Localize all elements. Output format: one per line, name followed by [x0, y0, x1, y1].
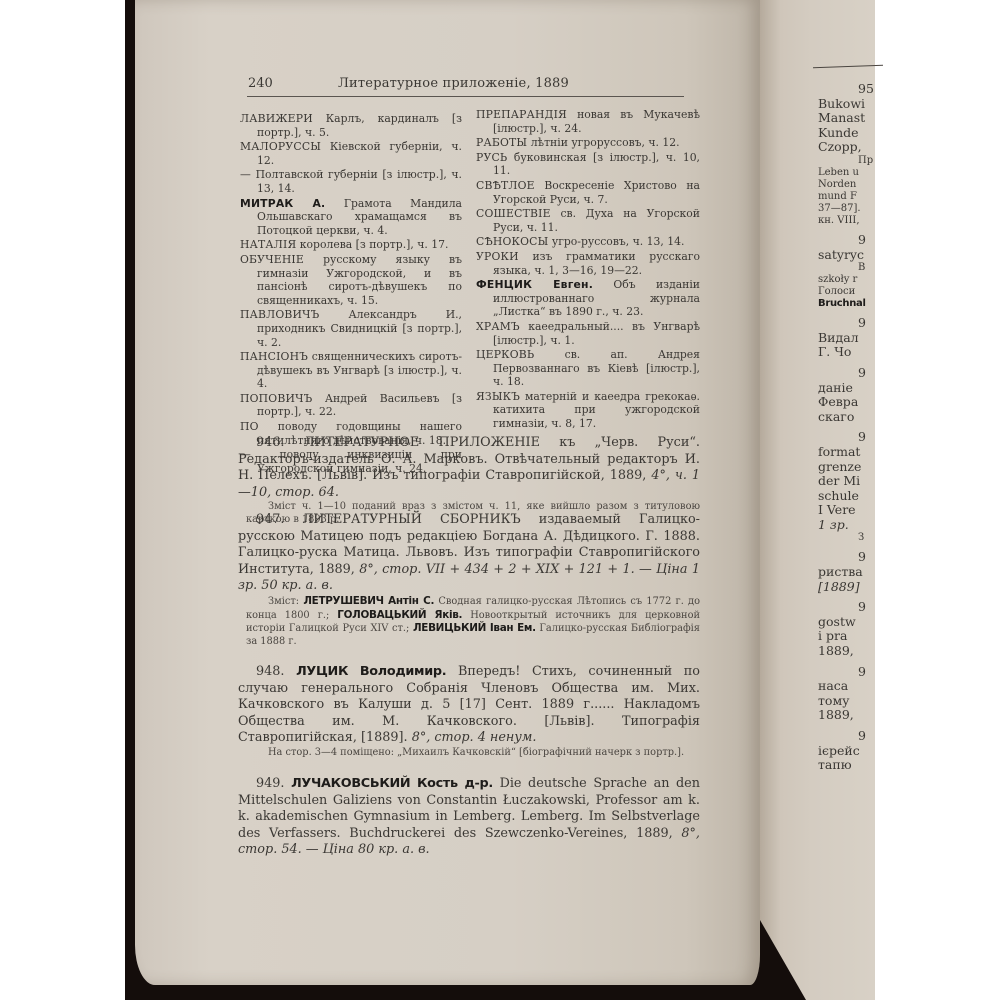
- fragment-line: Февра: [818, 395, 874, 410]
- fragment-line: 1 зр.: [818, 518, 874, 533]
- index-entry-heading: РУСЬ: [476, 151, 507, 164]
- entry-body: 946. ЛИТЕРАТУРНОЕ ПРИЛОЖЕНІЕ къ „Черв. Р…: [238, 435, 700, 501]
- header-rule: [247, 96, 684, 97]
- entry-collation: 8°, стор. 4 ненум.: [412, 730, 537, 745]
- index-entry: ХРАМЪ каеедральный.... въ Унгварѣ [ілюст…: [476, 320, 700, 347]
- fragment-line: 9: [818, 729, 874, 744]
- index-entry-heading: ПАВЛОВИЧЪ: [240, 308, 319, 321]
- index-entry: ЯЗЫКЪ матерній и каеедра грекокаѳ. катих…: [476, 390, 700, 431]
- fragment-line: Bruchnal: [818, 298, 874, 310]
- fragment-line: 9: [818, 233, 874, 248]
- fragment-line: B: [818, 262, 874, 274]
- index-entry: ЛАВИЖЕРИ Карлъ, кардиналъ [з портр.], ч.…: [240, 112, 462, 139]
- index-entry: СѢНОКОСЫ угро-руссовъ, ч. 13, 14.: [476, 235, 700, 249]
- index-entry-text: угро-руссовъ, ч. 13, 14.: [548, 235, 684, 248]
- note-text: Зміст:: [268, 596, 303, 607]
- fragment-line: Видал: [818, 331, 874, 346]
- entry-body: 948. ЛУЦИК Володимир. Впередъ! Стихъ, со…: [238, 664, 700, 747]
- index-entry-heading: ПАНСІОНЪ: [240, 350, 308, 363]
- index-entry: ПАВЛОВИЧЪ Александръ И., приходникъ Свид…: [240, 308, 462, 349]
- fragment-line: grenze: [818, 460, 874, 475]
- index-entry: СВѢТЛОЕ Воскресеніе Христово на Угорской…: [476, 179, 700, 206]
- fragment-line: скаго: [818, 410, 874, 425]
- index-entry-heading: ПО: [240, 420, 259, 433]
- index-entry-heading: ОБУЧЕНІЕ: [240, 253, 304, 266]
- index-entry-heading: —: [240, 168, 251, 181]
- fragment-line: 1889,: [818, 644, 874, 659]
- fragment-line: ієрейс: [818, 744, 874, 759]
- fragment-line: З: [818, 532, 874, 544]
- index-entry-heading: РАБОТЫ: [476, 136, 527, 149]
- index-entry-text: матерній и каеедра грекокаѳ. катихита пр…: [493, 390, 700, 430]
- entry-949: 949. ЛУЧАКОВСЬКИЙ Кость д-р. Die deutsch…: [238, 776, 700, 859]
- fragment-line: Kunde: [818, 126, 874, 141]
- entry-text: ЛИТЕРАТУРНОЕ ПРИЛОЖЕНІЕ къ „Черв. Руси“.…: [238, 435, 700, 483]
- index-entry-text: каеедральный.... въ Унгварѣ [ілюстр.], ч…: [493, 320, 700, 347]
- running-title: Литературное приложеніе, 1889: [338, 76, 569, 91]
- fragment-line: кн. VIII,: [818, 215, 874, 227]
- fragment-line: der Mi: [818, 474, 874, 489]
- fragment-line: Bukowi: [818, 97, 874, 112]
- entry-body: 949. ЛУЧАКОВСЬКИЙ Кость д-р. Die deutsch…: [238, 776, 700, 859]
- fragment-line: Leben u: [818, 167, 874, 179]
- fragment-line: Czopp,: [818, 140, 874, 155]
- fragment-line: 9: [818, 366, 874, 381]
- fragment-line: 9: [818, 600, 874, 615]
- index-entry-heading: ХРАМЪ: [476, 320, 520, 333]
- fragment-line: 9: [818, 430, 874, 445]
- fragment-line: schule: [818, 489, 874, 504]
- index-entry-heading: МАЛОРУССЫ: [240, 140, 321, 153]
- index-entry-heading: УРОКИ: [476, 250, 519, 263]
- entry-number: 946.: [238, 435, 304, 450]
- fragment-line: 9: [818, 665, 874, 680]
- index-entry: ПАНСІОНЪ священническихъ сиротъ-дѣвушекъ…: [240, 350, 462, 391]
- index-entry-heading: ЯЗЫКЪ: [476, 390, 520, 403]
- index-entry: МАЛОРУССЫ Кіевской губерніи, ч. 12.: [240, 140, 462, 167]
- note-author: ЛЕТРУШЕВИЧ Антін С.: [303, 595, 434, 607]
- index-entry: СОШЕСТВІЕ св. Духа на Угорской Руси, ч. …: [476, 207, 700, 234]
- index-entry: — Полтавской губерніи [з ілюстр.], ч. 13…: [240, 168, 462, 195]
- fragment-line: тому: [818, 694, 874, 709]
- entry-947: 947. ЛИТЕРАТУРНЫЙ СБОРНИКЪ издаваемый Га…: [238, 512, 700, 648]
- fragment-line: Manast: [818, 111, 874, 126]
- fragment-line: Голоси: [818, 286, 874, 298]
- fragment-line: i pra: [818, 629, 874, 644]
- index-entry-heading: ЦЕРКОВЬ: [476, 348, 534, 361]
- note-author: ГОЛОВАЦЬКИЙ Яків.: [337, 609, 462, 621]
- fragment-line: [1889]: [818, 580, 874, 595]
- index-entry: РУСЬ буковинская [з ілюстр.], ч. 10, 11.: [476, 151, 700, 178]
- index-entry: РАБОТЫ лѣтніи угроруссовъ, ч. 12.: [476, 136, 700, 150]
- right-page-text-fragment: 95BukowiManastKundeCzopp,ПрLeben uNorden…: [818, 76, 874, 773]
- entry-948: 948. ЛУЦИК Володимир. Впередъ! Стихъ, со…: [238, 664, 700, 760]
- entry-number: 948.: [238, 664, 296, 679]
- fragment-line: satyryc: [818, 248, 874, 263]
- index-entry-text: изъ грамматики русскаго языка, ч. 1, 3—1…: [493, 250, 700, 277]
- fragment-line: тапю: [818, 758, 874, 773]
- fragment-line: format: [818, 445, 874, 460]
- fragment-line: Norden: [818, 179, 874, 191]
- index-entry: ОБУЧЕНІЕ русскому языку въ гимназіи Ужго…: [240, 253, 462, 307]
- fragment-line: Пр: [818, 155, 874, 167]
- entry-number: 947.: [238, 512, 303, 527]
- index-entry-heading: МИТРАК А.: [240, 197, 325, 210]
- index-entry-text: королева [з портр.], ч. 17.: [296, 238, 448, 251]
- fragment-line: 1889,: [818, 708, 874, 723]
- index-entry: ПРЕПАРАНДІЯ новая въ Мукачевѣ [ілюстр.],…: [476, 108, 700, 135]
- index-entry-heading: СѢНОКОСЫ: [476, 235, 548, 248]
- index-entry-heading: ЛАВИЖЕРИ: [240, 112, 313, 125]
- index-entry-heading: СОШЕСТВІЕ: [476, 207, 551, 220]
- index-entry: ПОПОВИЧЪ Андрей Васильевъ [з портр.], ч.…: [240, 392, 462, 419]
- fragment-line: 9: [818, 316, 874, 331]
- entry-body: 947. ЛИТЕРАТУРНЫЙ СБОРНИКЪ издаваемый Га…: [238, 512, 700, 595]
- note-author: ЛЕВИЦЬКИЙ Іван Ем.: [413, 622, 536, 634]
- entry-author: ЛУЦИК Володимир.: [296, 664, 458, 679]
- fragment-line: szkoły r: [818, 274, 874, 286]
- index-left-column: ЛАВИЖЕРИ Карлъ, кардиналъ [з портр.], ч.…: [240, 112, 462, 476]
- fragment-line: даніе: [818, 381, 874, 396]
- index-entry-heading: СВѢТЛОЕ: [476, 179, 535, 192]
- entry-note: На стор. 3—4 поміщено: „Михаилъ Качковск…: [238, 747, 700, 760]
- fragment-line: 9: [818, 550, 874, 565]
- index-entry: ФЕНЦИК Евген. Объ изданіи иллюстрованнаг…: [476, 278, 700, 319]
- fragment-line: I Vere: [818, 503, 874, 518]
- entry-number: 949.: [238, 776, 291, 791]
- fragment-line: gostw: [818, 615, 874, 630]
- index-right-column: ПРЕПАРАНДІЯ новая въ Мукачевѣ [ілюстр.],…: [476, 108, 700, 432]
- index-entry: ЦЕРКОВЬ св. ап. Андрея Первозваннаго въ …: [476, 348, 700, 389]
- fragment-line: 95: [818, 82, 874, 97]
- page-number: 240: [248, 76, 273, 91]
- index-entry-heading: ПРЕПАРАНДІЯ: [476, 108, 567, 121]
- entry-note: Зміст: ЛЕТРУШЕВИЧ Антін С. Сводная галиц…: [238, 595, 700, 648]
- index-entry-text: Полтавской губерніи [з ілюстр.], ч. 13, …: [251, 168, 462, 195]
- index-entry-heading: ФЕНЦИК Евген.: [476, 278, 593, 291]
- index-entry-text: буковинская [з ілюстр.], ч. 10, 11.: [493, 151, 700, 178]
- index-entry-heading: НАТАЛІЯ: [240, 238, 296, 251]
- index-entry: УРОКИ изъ грамматики русскаго языка, ч. …: [476, 250, 700, 277]
- fragment-line: mund F: [818, 191, 874, 203]
- fragment-line: Г. Чо: [818, 345, 874, 360]
- index-entry-heading: ПОПОВИЧЪ: [240, 392, 312, 405]
- fragment-line: 37—87].: [818, 203, 874, 215]
- index-entry-text: лѣтніи угроруссовъ, ч. 12.: [527, 136, 679, 149]
- fragment-line: наса: [818, 679, 874, 694]
- fragment-line: риства: [818, 565, 874, 580]
- entry-author: ЛУЧАКОВСЬКИЙ Кость д-р.: [291, 776, 500, 791]
- index-entry: МИТРАК А. Грамота Мандила Ольшавскаго хр…: [240, 197, 462, 238]
- index-entry: НАТАЛІЯ королева [з портр.], ч. 17.: [240, 238, 462, 252]
